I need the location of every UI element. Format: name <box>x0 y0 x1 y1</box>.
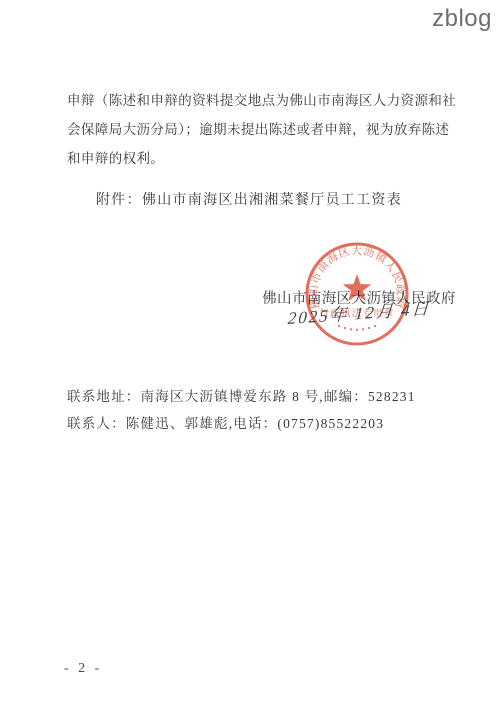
page-number: - 2 - <box>64 661 102 677</box>
paragraph-line: 申辩（陈述和申辩的资料提交地点为佛山市南海区人力资源和社 <box>67 86 462 115</box>
paragraph-line: 和申辩的权利。 <box>67 144 462 173</box>
contact-block: 联系地址：南海区大沥镇博爱东路 8 号,邮编：528231 联系人：陈健迅、郭雄… <box>67 383 416 437</box>
contact-person: 联系人：陈健迅、郭雄彪,电话：(0757)85522203 <box>67 410 416 437</box>
seal-serial-marks <box>338 325 376 331</box>
document-page: zblog 申辩（陈述和申辩的资料提交地点为佛山市南海区人力资源和社 会保障局大… <box>0 0 500 707</box>
body-paragraph: 申辩（陈述和申辩的资料提交地点为佛山市南海区人力资源和社 会保障局大沥分局）；逾… <box>67 86 462 173</box>
attachment-line: 附件：佛山市南海区出湘湘菜餐厅员工工资表 <box>96 189 402 209</box>
paragraph-line: 会保障局大沥分局）；逾期未提出陈述或者申辩，视为放弃陈述 <box>67 115 462 144</box>
contact-address: 联系地址：南海区大沥镇博爱东路 8 号,邮编：528231 <box>67 383 416 410</box>
zblog-watermark: zblog <box>432 5 492 33</box>
